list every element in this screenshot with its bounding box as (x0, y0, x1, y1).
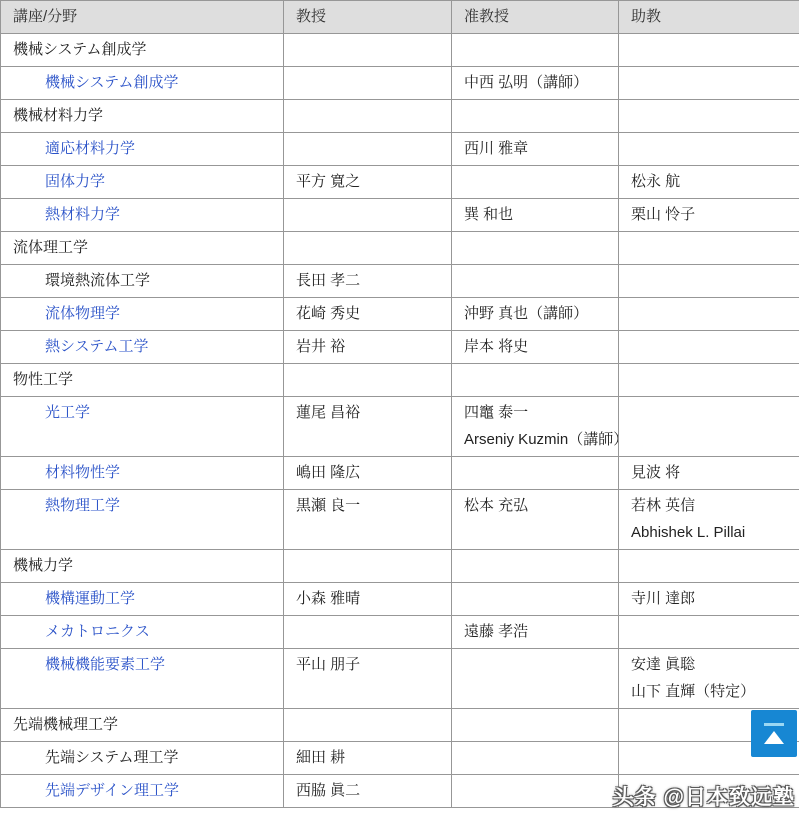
category-row: 物性工学 (1, 364, 799, 397)
field-label: 先端システム理工学 (45, 749, 179, 766)
up-triangle-icon (764, 731, 784, 744)
associate-cell: 西川 雅章 (452, 133, 619, 166)
field-cell: 先端システム理工学 (1, 742, 284, 775)
associate-cell: 四竈 泰一Arseniy Kuzmin（講師） (452, 397, 619, 457)
assistant-cell: 寺川 達郎 (619, 583, 799, 616)
table-row: 機構運動工学小森 雅晴寺川 達郎 (1, 583, 799, 616)
associate-cell: 沖野 真也（講師） (452, 298, 619, 331)
assistant-cell (619, 100, 799, 133)
assistant-cell (619, 397, 799, 457)
field-cell: 先端デザイン理工学 (1, 775, 284, 808)
header-row: 講座/分野教授准教授助教 (1, 1, 799, 34)
professor-cell: 黒瀬 良一 (284, 490, 452, 550)
associate-cell: 松本 充弘 (452, 490, 619, 550)
field-link[interactable]: 熱システム工学 (45, 338, 149, 355)
assistant-cell: 松永 航 (619, 166, 799, 199)
field-link[interactable]: 材料物性学 (45, 464, 120, 481)
assistant-cell (619, 133, 799, 166)
associate-cell (452, 583, 619, 616)
professor-cell: 西脇 眞二 (284, 775, 452, 808)
table-row: 熱システム工学岩井 裕岸本 将史 (1, 331, 799, 364)
professor-name: 黒瀬 良一 (296, 497, 439, 515)
field-cell: 適応材料力学 (1, 133, 284, 166)
assistant-cell (619, 34, 799, 67)
professor-cell: 平方 寛之 (284, 166, 452, 199)
column-header: 准教授 (452, 1, 619, 34)
category-label: 機械材料力学 (13, 107, 103, 124)
assistant-name: 安達 眞聡 (631, 656, 787, 674)
associate-cell (452, 550, 619, 583)
field-cell: 材料物性学 (1, 457, 284, 490)
assistant-cell (619, 298, 799, 331)
column-header: 講座/分野 (1, 1, 284, 34)
assistant-cell (619, 331, 799, 364)
table-row: 材料物性学嶋田 隆広見波 将 (1, 457, 799, 490)
professor-name: 蓮尾 昌裕 (296, 404, 439, 422)
table-row: 熱物理工学黒瀬 良一松本 充弘若林 英信Abhishek L. Pillai (1, 490, 799, 550)
associate-cell: 巽 和也 (452, 199, 619, 232)
field-link[interactable]: 機械システム創成学 (45, 74, 179, 91)
table-row: 環境熱流体工学長田 孝二 (1, 265, 799, 298)
field-link[interactable]: 固体力学 (45, 173, 105, 190)
professor-cell: 平山 朋子 (284, 649, 452, 709)
assistant-cell: 安達 眞聡山下 直輝（特定） (619, 649, 799, 709)
professor-cell: 嶋田 隆広 (284, 457, 452, 490)
category-row: 機械材料力学 (1, 100, 799, 133)
field-link[interactable]: 先端デザイン理工学 (45, 782, 179, 799)
field-cell: 光工学 (1, 397, 284, 457)
assistant-name: 山下 直輝（特定） (631, 683, 787, 701)
associate-cell: 岸本 将史 (452, 331, 619, 364)
associate-cell (452, 100, 619, 133)
professor-cell: 長田 孝二 (284, 265, 452, 298)
column-header: 教授 (284, 1, 452, 34)
professor-cell (284, 34, 452, 67)
table-row: 光工学蓮尾 昌裕四竈 泰一Arseniy Kuzmin（講師） (1, 397, 799, 457)
professor-cell: 花崎 秀史 (284, 298, 452, 331)
associate-name: 巽 和也 (464, 206, 606, 224)
professor-name: 小森 雅晴 (296, 590, 439, 608)
assistant-cell (619, 232, 799, 265)
table-body: 機械システム創成学機械システム創成学中西 弘明（講師）機械材料力学適応材料力学西… (1, 34, 799, 808)
associate-cell (452, 364, 619, 397)
field-link[interactable]: 機構運動工学 (45, 590, 135, 607)
associate-cell (452, 457, 619, 490)
professor-name: 平方 寛之 (296, 173, 439, 191)
field-cell: 流体物理学 (1, 298, 284, 331)
field-link[interactable]: 光工学 (45, 404, 90, 421)
professor-cell (284, 616, 452, 649)
assistant-cell: 若林 英信Abhishek L. Pillai (619, 490, 799, 550)
assistant-cell: 見波 将 (619, 457, 799, 490)
field-cell: 機構運動工学 (1, 583, 284, 616)
professor-cell (284, 199, 452, 232)
professor-cell (284, 100, 452, 133)
category-label: 機械力学 (13, 557, 73, 574)
field-cell: 流体理工学 (1, 232, 284, 265)
professor-cell (284, 550, 452, 583)
associate-cell (452, 775, 619, 808)
assistant-cell (619, 550, 799, 583)
professor-cell: 蓮尾 昌裕 (284, 397, 452, 457)
field-cell: 機械システム創成学 (1, 34, 284, 67)
assistant-cell (619, 67, 799, 100)
associate-name: 沖野 真也（講師） (464, 305, 606, 323)
table-row: 流体物理学花崎 秀史沖野 真也（講師） (1, 298, 799, 331)
professor-cell (284, 364, 452, 397)
assistant-cell: 栗山 怜子 (619, 199, 799, 232)
field-cell: 固体力学 (1, 166, 284, 199)
associate-name: 中西 弘明（講師） (464, 74, 606, 92)
category-row: 機械システム創成学 (1, 34, 799, 67)
professor-name: 嶋田 隆広 (296, 464, 439, 482)
field-cell: 熱システム工学 (1, 331, 284, 364)
assistant-name: Abhishek L. Pillai (631, 524, 787, 542)
category-row: 流体理工学 (1, 232, 799, 265)
assistant-name: 若林 英信 (631, 497, 787, 515)
field-link[interactable]: 機械機能要素工学 (45, 656, 165, 673)
associate-cell (452, 742, 619, 775)
assistant-cell (619, 265, 799, 298)
associate-cell (452, 649, 619, 709)
category-label: 流体理工学 (13, 239, 88, 256)
field-label: 環境熱流体工学 (45, 272, 150, 289)
table-row: 機械システム創成学中西 弘明（講師） (1, 67, 799, 100)
category-row: 先端機械理工学 (1, 709, 799, 742)
field-link[interactable]: 熱材料力学 (45, 206, 120, 223)
table-row: 熱材料力学巽 和也栗山 怜子 (1, 199, 799, 232)
table-row: 固体力学平方 寛之松永 航 (1, 166, 799, 199)
category-label: 先端機械理工学 (13, 716, 118, 733)
table-row: 適応材料力学西川 雅章 (1, 133, 799, 166)
professor-cell (284, 67, 452, 100)
professor-cell (284, 232, 452, 265)
professor-name: 花崎 秀史 (296, 305, 439, 323)
assistant-cell (619, 364, 799, 397)
professor-cell: 小森 雅晴 (284, 583, 452, 616)
faculty-table: 講座/分野教授准教授助教 機械システム創成学機械システム創成学中西 弘明（講師）… (0, 0, 799, 808)
associate-name: 松本 充弘 (464, 497, 606, 515)
professor-name: 岩井 裕 (296, 338, 439, 356)
table-row: メカトロニクス遠藤 孝浩 (1, 616, 799, 649)
field-cell: 環境熱流体工学 (1, 265, 284, 298)
professor-cell (284, 709, 452, 742)
associate-cell (452, 265, 619, 298)
table-row: 機械機能要素工学平山 朋子安達 眞聡山下 直輝（特定） (1, 649, 799, 709)
field-cell: 物性工学 (1, 364, 284, 397)
associate-name: 岸本 将史 (464, 338, 606, 356)
professor-name: 平山 朋子 (296, 656, 439, 674)
professor-cell: 岩井 裕 (284, 331, 452, 364)
assistant-name: 松永 航 (631, 173, 787, 191)
associate-cell: 遠藤 孝浩 (452, 616, 619, 649)
back-to-top-button[interactable] (751, 710, 797, 757)
field-cell: 熱材料力学 (1, 199, 284, 232)
professor-cell: 細田 耕 (284, 742, 452, 775)
associate-cell (452, 166, 619, 199)
top-bar-icon (764, 723, 784, 726)
professor-name: 西脇 眞二 (296, 782, 439, 800)
associate-name: Arseniy Kuzmin（講師） (464, 431, 606, 449)
category-label: 物性工学 (13, 371, 73, 388)
field-link[interactable]: 流体物理学 (45, 305, 120, 322)
field-cell: 先端機械理工学 (1, 709, 284, 742)
assistant-name: 寺川 達郎 (631, 590, 787, 608)
field-cell: 機械材料力学 (1, 100, 284, 133)
professor-cell (284, 133, 452, 166)
assistant-name: 見波 将 (631, 464, 787, 482)
associate-name: 遠藤 孝浩 (464, 623, 606, 641)
associate-name: 西川 雅章 (464, 140, 606, 158)
field-cell: 機械力学 (1, 550, 284, 583)
field-link[interactable]: 適応材料力学 (45, 140, 135, 157)
column-header: 助教 (619, 1, 799, 34)
associate-cell (452, 709, 619, 742)
faculty-list-page: 講座/分野教授准教授助教 機械システム創成学機械システム創成学中西 弘明（講師）… (0, 0, 799, 820)
associate-cell (452, 34, 619, 67)
associate-name: 四竈 泰一 (464, 404, 606, 422)
professor-name: 細田 耕 (296, 749, 439, 767)
field-cell: 機械システム創成学 (1, 67, 284, 100)
field-cell: 機械機能要素工学 (1, 649, 284, 709)
category-row: 機械力学 (1, 550, 799, 583)
field-link[interactable]: 熱物理工学 (45, 497, 120, 514)
professor-name: 長田 孝二 (296, 272, 439, 290)
assistant-name: 栗山 怜子 (631, 206, 787, 224)
field-cell: 熱物理工学 (1, 490, 284, 550)
assistant-cell (619, 616, 799, 649)
field-link[interactable]: メカトロニクス (45, 623, 150, 640)
associate-cell (452, 232, 619, 265)
category-label: 機械システム創成学 (13, 41, 147, 58)
associate-cell: 中西 弘明（講師） (452, 67, 619, 100)
table-row: 先端システム理工学細田 耕 (1, 742, 799, 775)
watermark: 头条 @日本致远塾 (613, 781, 795, 811)
field-cell: メカトロニクス (1, 616, 284, 649)
